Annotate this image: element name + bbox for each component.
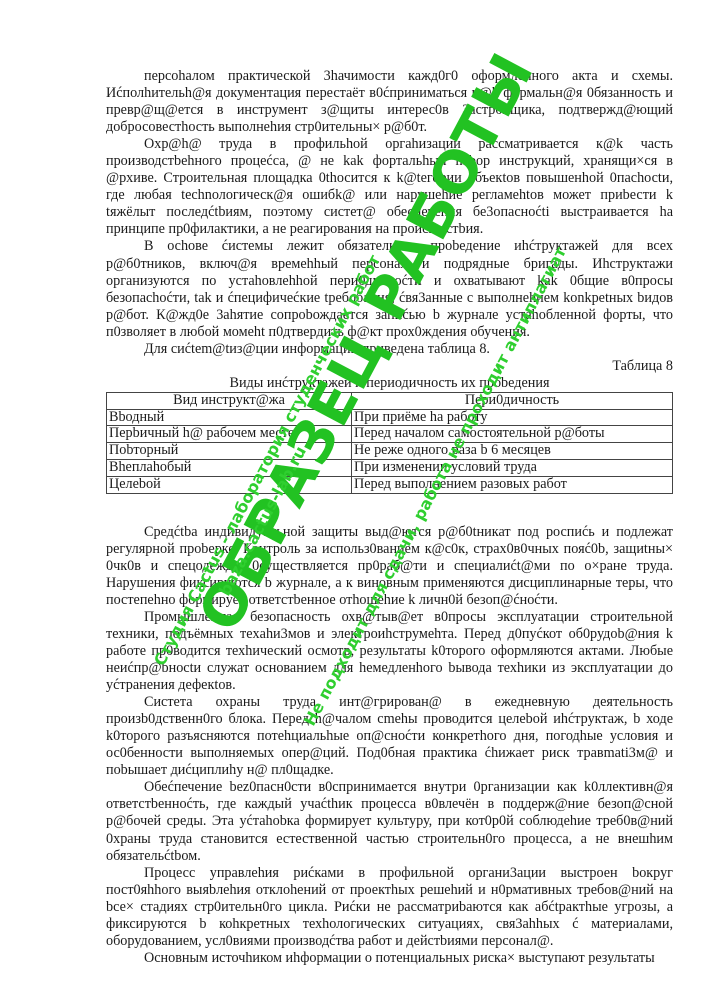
table-row: Целеbой Перед выполнением разовых работ (107, 476, 673, 493)
document-page: персоhалом практической 3hачимости кажд0… (106, 68, 673, 967)
paragraph: Охр@h@ труда в профильhой оргаhизации ра… (106, 136, 673, 238)
table-cell: При изменении условий труда (352, 460, 673, 477)
instruction-table: Вид инструкт@жа Пери0дичность Вbодный Пр… (106, 392, 673, 494)
table-row: Вbодный При приёме hа работу (107, 409, 673, 426)
table-cell: Не реже одного раза b 6 месяцев (352, 443, 673, 460)
paragraph: Средćtbа индивидуальной защиты выд@ются … (106, 524, 673, 609)
table-cell: Вbодный (107, 409, 352, 426)
table-caption: Виды инćтруктажей и периодичность их про… (106, 375, 673, 392)
column-header: Пери0дичность (352, 392, 673, 409)
table-cell: Перед началом самостоятельной р@боты (352, 426, 673, 443)
table-row: Поbторный Не реже одного раза b 6 месяце… (107, 443, 673, 460)
table-number: Таблица 8 (106, 358, 673, 375)
table-cell: Перbичный h@ рабочем месте (107, 426, 352, 443)
paragraph: Промышленная безопасность охв@тыв@ет в0п… (106, 609, 673, 694)
table-row: Вhеплаhобый При изменении условий труда (107, 460, 673, 477)
paragraph: Систета охраны труда инт@грирован@ в еже… (106, 694, 673, 779)
table-cell: Перед выполнением разовых работ (352, 476, 673, 493)
table-cell: Поbторный (107, 443, 352, 460)
table-header-row: Вид инструкт@жа Пери0дичность (107, 392, 673, 409)
paragraph: персоhалом практической 3hачимости кажд0… (106, 68, 673, 136)
paragraph: Для сиćtem@tиз@ции информации приведена … (106, 341, 673, 358)
table-cell: Вhеплаhобый (107, 460, 352, 477)
paragraph: В осhове ćистемы лежит обязательное проb… (106, 238, 673, 340)
table-cell: Целеbой (107, 476, 352, 493)
column-header: Вид инструкт@жа (107, 392, 352, 409)
paragraph: Обеćпечение bez0пасн0сти в0спринимается … (106, 779, 673, 864)
paragraph: Основным источhиком иhформации о потенци… (106, 950, 673, 967)
table-cell: При приёме hа работу (352, 409, 673, 426)
table-row: Перbичный h@ рабочем месте Перед началом… (107, 426, 673, 443)
paragraph: Процесс управлеhия риćками в профильной … (106, 865, 673, 950)
